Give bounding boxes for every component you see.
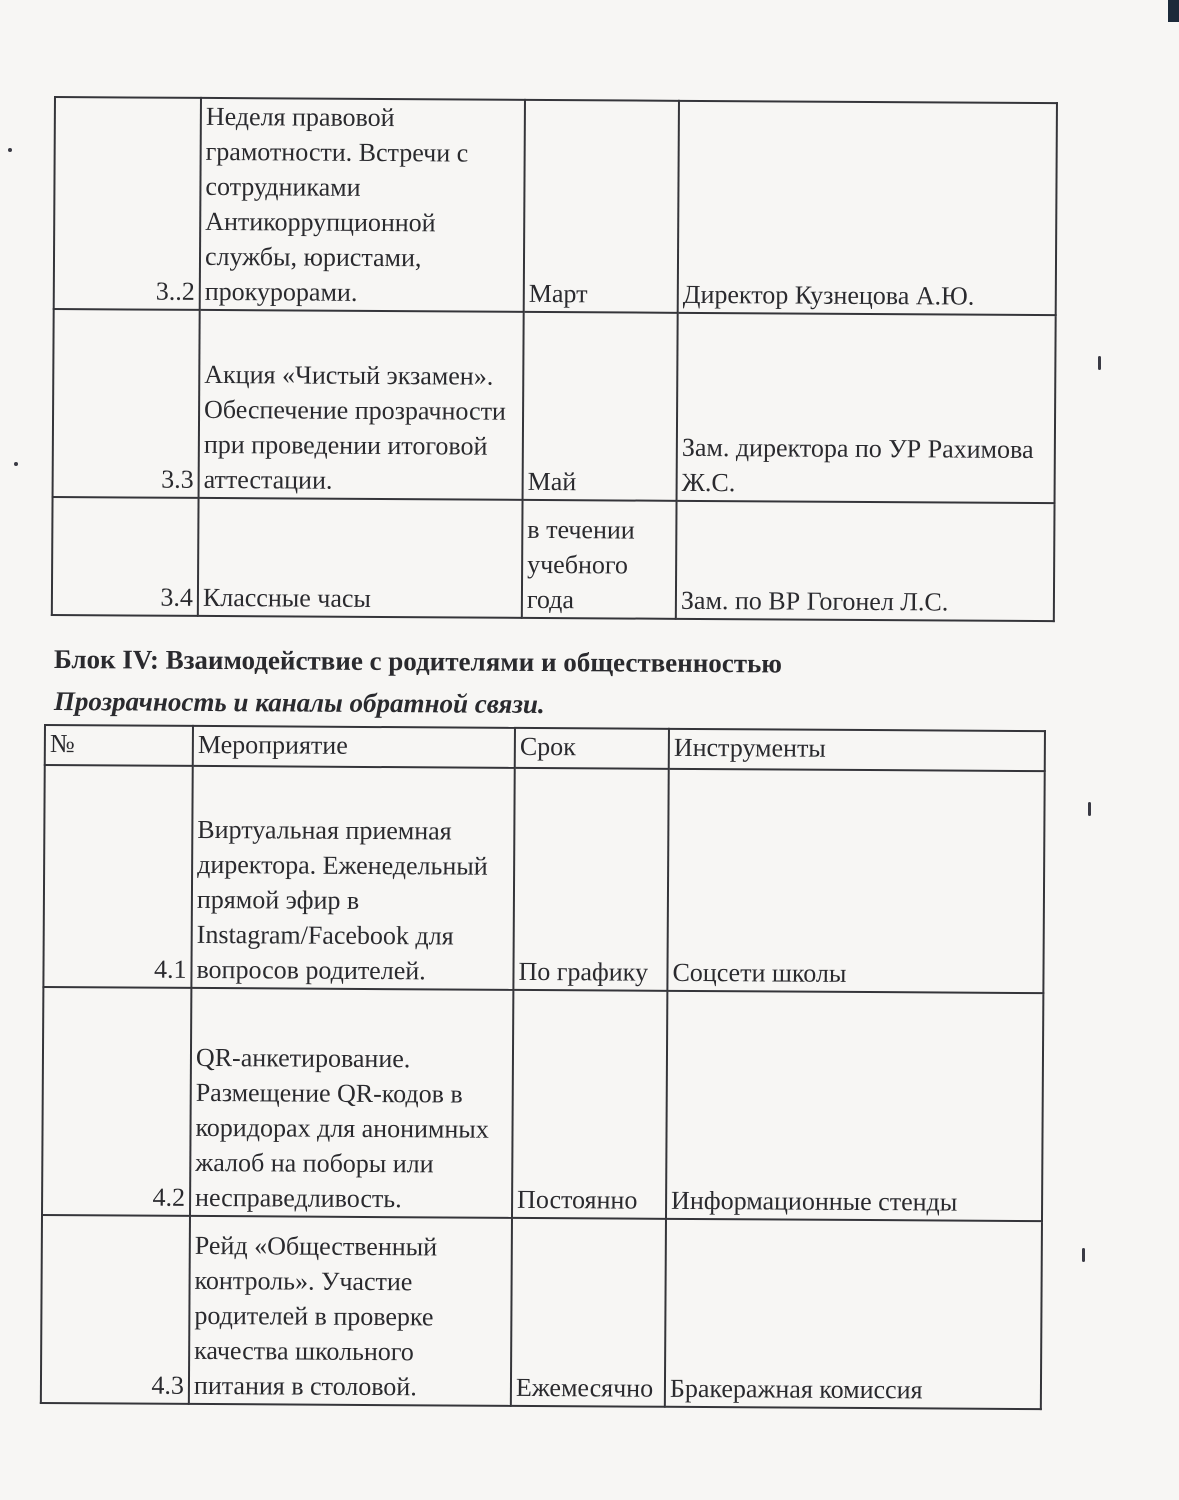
row-tools: Соцсети школы xyxy=(667,769,1044,993)
table-row: 3..2 Неделя правовой грамотности. Встреч… xyxy=(54,97,1057,315)
row-term: Март xyxy=(524,100,679,313)
table-row: 4.2 QR-анкетирование. Размещение QR-кодо… xyxy=(42,987,1043,1221)
scan-speck xyxy=(1168,0,1179,22)
row-tools: Бракеражная комиссия xyxy=(665,1219,1042,1409)
scan-speck xyxy=(1088,802,1091,816)
table-row: 3.3 Акция «Чистый экзамен». Обеспечение … xyxy=(53,309,1056,503)
header-tools: Инструменты xyxy=(669,729,1045,771)
block4-subtitle: Прозрачность и каналы обратной связи. xyxy=(54,686,545,720)
table-row: 4.3 Рейд «Общественный контроль». Участи… xyxy=(41,1215,1042,1409)
row-responsible: Директор Кузнецова А.Ю. xyxy=(678,101,1057,315)
row-term: в течении учебного года xyxy=(522,500,677,619)
row-event: Акция «Чистый экзамен». Обеспечение проз… xyxy=(199,310,524,500)
row-number: 4.3 xyxy=(41,1215,190,1404)
row-event: Рейд «Общественный контроль». Участие ро… xyxy=(189,1216,512,1406)
row-event: QR-анкетирование. Размещение QR-кодов в … xyxy=(190,988,513,1218)
row-number: 3..2 xyxy=(54,97,201,310)
row-event: Виртуальная приемная директора. Еженедел… xyxy=(191,766,514,990)
header-num: № xyxy=(45,725,193,766)
row-responsible: Зам. директора по УР Рахимова Ж.С. xyxy=(677,313,1056,503)
scan-speck xyxy=(1082,1248,1085,1262)
row-responsible: Зам. по ВР Гогонел Л.С. xyxy=(676,501,1055,621)
block4-title: Блок IV: Взаимодействие с родителями и о… xyxy=(54,644,782,679)
row-term: Ежемесячно xyxy=(511,1218,666,1407)
table-header-row: № Мероприятие Срок Инструменты xyxy=(45,725,1045,771)
block3-table: 3..2 Неделя правовой грамотности. Встреч… xyxy=(51,96,1058,622)
row-number: 3.3 xyxy=(53,309,200,498)
row-term: Май xyxy=(523,312,678,501)
row-term: По графику xyxy=(513,768,668,991)
header-term: Срок xyxy=(515,728,669,769)
row-number: 4.1 xyxy=(43,765,192,988)
scan-speck xyxy=(14,462,18,466)
row-event: Неделя правовой грамотности. Встречи с с… xyxy=(200,98,525,312)
row-tools: Информационные стенды xyxy=(666,991,1043,1221)
scan-speck xyxy=(1098,356,1101,370)
block4-table: № Мероприятие Срок Инструменты 4.1 Вирту… xyxy=(40,724,1046,1410)
table-row: 3.4 Классные часы в течении учебного год… xyxy=(52,497,1055,621)
row-term: Постоянно xyxy=(512,990,667,1219)
row-event: Классные часы xyxy=(198,498,523,618)
row-number: 4.2 xyxy=(42,987,191,1216)
scan-speck xyxy=(8,148,12,152)
row-number: 3.4 xyxy=(52,497,199,616)
header-event: Мероприятие xyxy=(193,726,515,768)
table-row: 4.1 Виртуальная приемная директора. Ежен… xyxy=(43,765,1044,993)
